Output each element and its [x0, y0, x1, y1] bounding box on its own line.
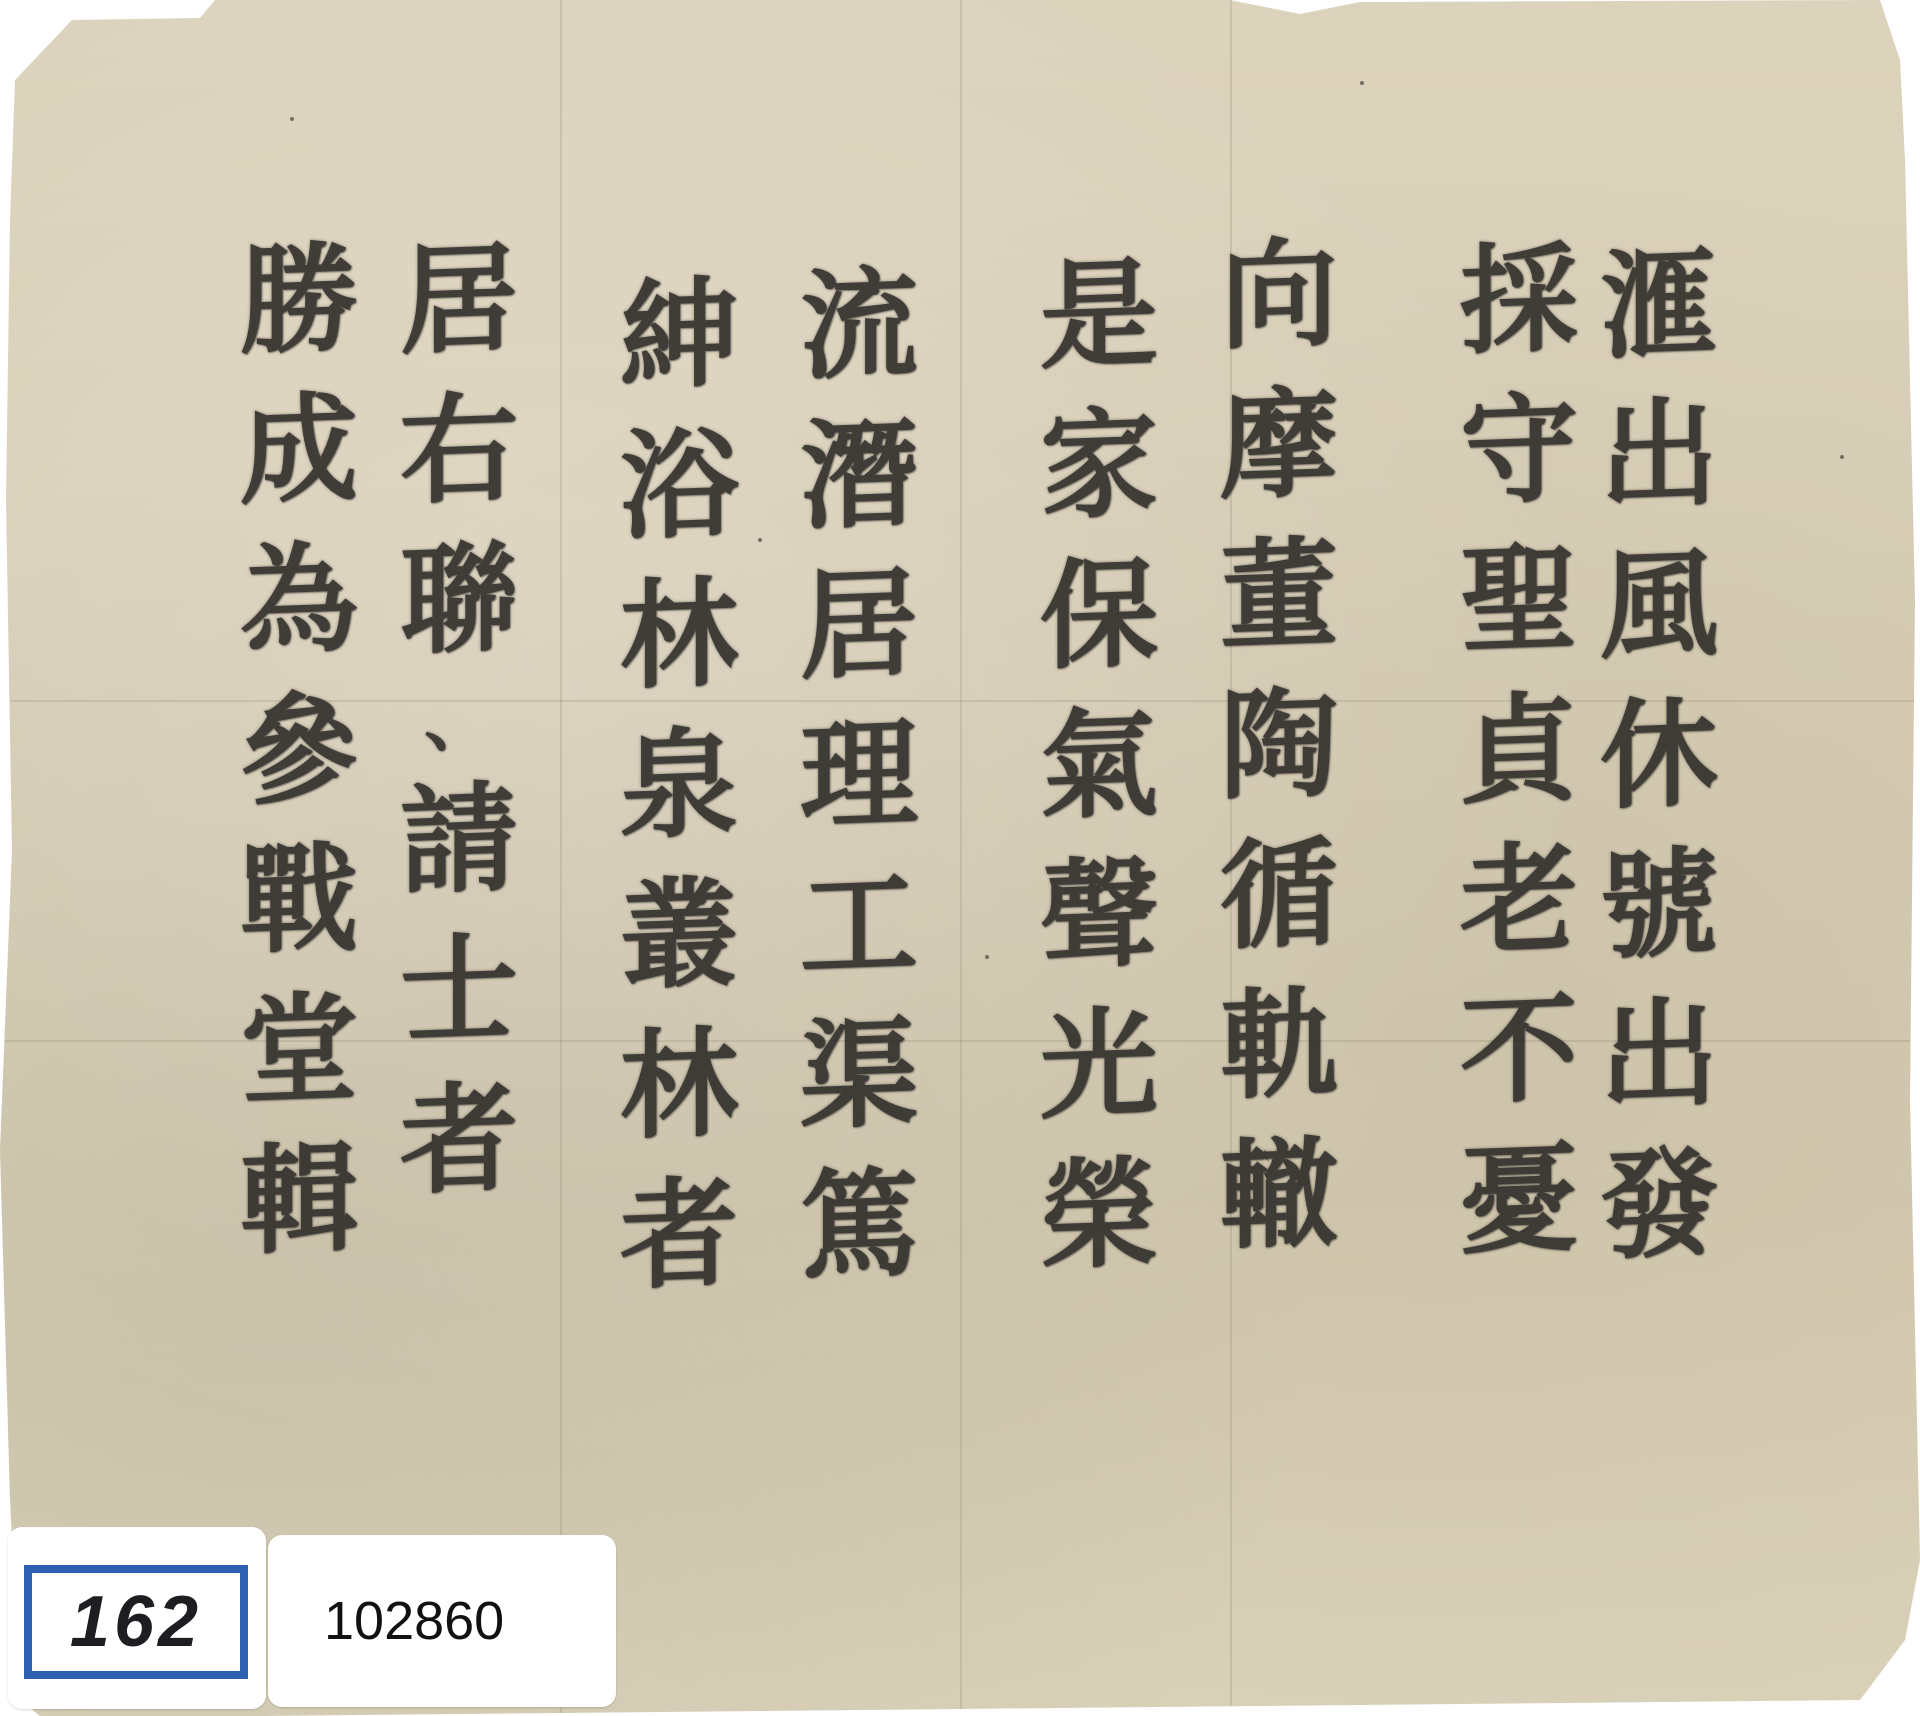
calligraphy-character: 泉 [620, 708, 738, 862]
calligraphy-character: 守 [1460, 373, 1578, 527]
calligraphy-character: 堂 [240, 973, 358, 1127]
calligraphy-character: 輯 [240, 1123, 358, 1277]
archive-label-catalog: 102860 [268, 1535, 616, 1707]
calligraphy-character: 採 [1460, 223, 1578, 377]
calligraphy-character: 者 [400, 1063, 518, 1217]
calligraphy-character: 不 [1460, 973, 1578, 1127]
text-column-6: 紳 浴 林 泉 叢 林 者 [620, 260, 738, 1310]
calligraphy-character: 保 [1040, 538, 1158, 692]
text-column-4: 是 家 保 氣 聲 光 榮 [1040, 240, 1158, 1290]
calligraphy-character: 右 [400, 373, 518, 527]
calligraphy-character: 為 [240, 523, 358, 677]
calligraphy-character: 紳 [620, 258, 738, 412]
calligraphy-character: 是 [1040, 238, 1158, 392]
text-column-5: 流 潛 居 理 工 渠 篤 [800, 250, 918, 1300]
ink-speck [758, 538, 762, 542]
calligraphy-character: 工 [800, 848, 918, 1002]
calligraphy-character: 貞 [1460, 673, 1578, 827]
calligraphy-character: 氣 [1040, 688, 1158, 842]
calligraphy-character: 摩 [1220, 368, 1338, 522]
calligraphy-character: 家 [1040, 388, 1158, 542]
calligraphy-character: 林 [620, 558, 738, 712]
calligraphy-character: 居 [800, 548, 918, 702]
calligraphy-character: 勝 [240, 223, 358, 377]
calligraphy-character: 循 [1220, 818, 1338, 972]
calligraphy-character: 林 [620, 1008, 738, 1162]
calligraphy-character: 者 [620, 1158, 738, 1312]
calligraphy-character: 成 [240, 373, 358, 527]
calligraphy-character: 聯 [400, 523, 518, 677]
calligraphy-character: 叢 [620, 858, 738, 1012]
calligraphy-character: 流 [800, 248, 918, 402]
calligraphy-character: 理 [800, 698, 918, 852]
calligraphy-character: 滙 [1600, 228, 1718, 382]
text-column-3: 向 摩 董 陶 循 軌 轍 [1220, 220, 1338, 1270]
calligraphy-character: 董 [1220, 518, 1338, 672]
calligraphy-character: 軌 [1220, 968, 1338, 1122]
calligraphy-character: 聖 [1460, 523, 1578, 677]
calligraphy-character: 請 [400, 763, 518, 917]
fold-line [560, 0, 562, 1716]
ink-speck [1360, 81, 1364, 85]
calligraphy-character: 發 [1600, 1128, 1718, 1282]
calligraphy-character: 轍 [1220, 1118, 1338, 1272]
calligraphy-character: 向 [1220, 218, 1338, 372]
calligraphy-character: 光 [1040, 988, 1158, 1142]
calligraphy-character: 出 [1600, 378, 1718, 532]
text-column-1: 滙 出 風 休 號 出 發 [1600, 230, 1718, 1280]
blue-bordered-box: 162 [24, 1565, 248, 1679]
calligraphy-character: 、 [424, 674, 494, 766]
calligraphy-character: 陶 [1220, 668, 1338, 822]
calligraphy-character: 戰 [240, 823, 358, 977]
calligraphy-character: 憂 [1460, 1123, 1578, 1277]
calligraphy-character: 渠 [800, 998, 918, 1152]
calligraphy-character: 居 [400, 223, 518, 377]
calligraphy-character: 潛 [800, 398, 918, 552]
calligraphy-character: 休 [1600, 678, 1718, 832]
ink-speck [985, 955, 989, 959]
archive-label-handwritten: 162 [8, 1527, 266, 1709]
calligraphy-character: 篤 [800, 1148, 918, 1302]
calligraphy-character: 老 [1460, 823, 1578, 977]
calligraphy-character: 聲 [1040, 838, 1158, 992]
calligraphy-character: 號 [1600, 828, 1718, 982]
calligraphy-character: 參 [240, 673, 358, 827]
calligraphy-character: 士 [400, 913, 518, 1067]
text-column-8: 勝 成 為 參 戰 堂 輯 [240, 225, 358, 1275]
calligraphy-character: 風 [1600, 528, 1718, 682]
manuscript-paper: 滙 出 風 休 號 出 發 採 守 聖 貞 老 不 憂 向 摩 董 陶 循 軌 … [0, 0, 1920, 1716]
ink-speck [290, 117, 294, 121]
text-column-7: 居 右 聯 、 請 士 者 [400, 225, 518, 1215]
calligraphy-character: 榮 [1040, 1138, 1158, 1292]
text-column-2: 採 守 聖 貞 老 不 憂 [1460, 225, 1578, 1275]
handwritten-number: 162 [70, 1581, 202, 1663]
fold-line [960, 0, 962, 1716]
calligraphy-character: 出 [1600, 978, 1718, 1132]
calligraphy-character: 浴 [620, 408, 738, 562]
catalog-number: 102860 [324, 1590, 504, 1652]
ink-speck [1840, 455, 1844, 459]
